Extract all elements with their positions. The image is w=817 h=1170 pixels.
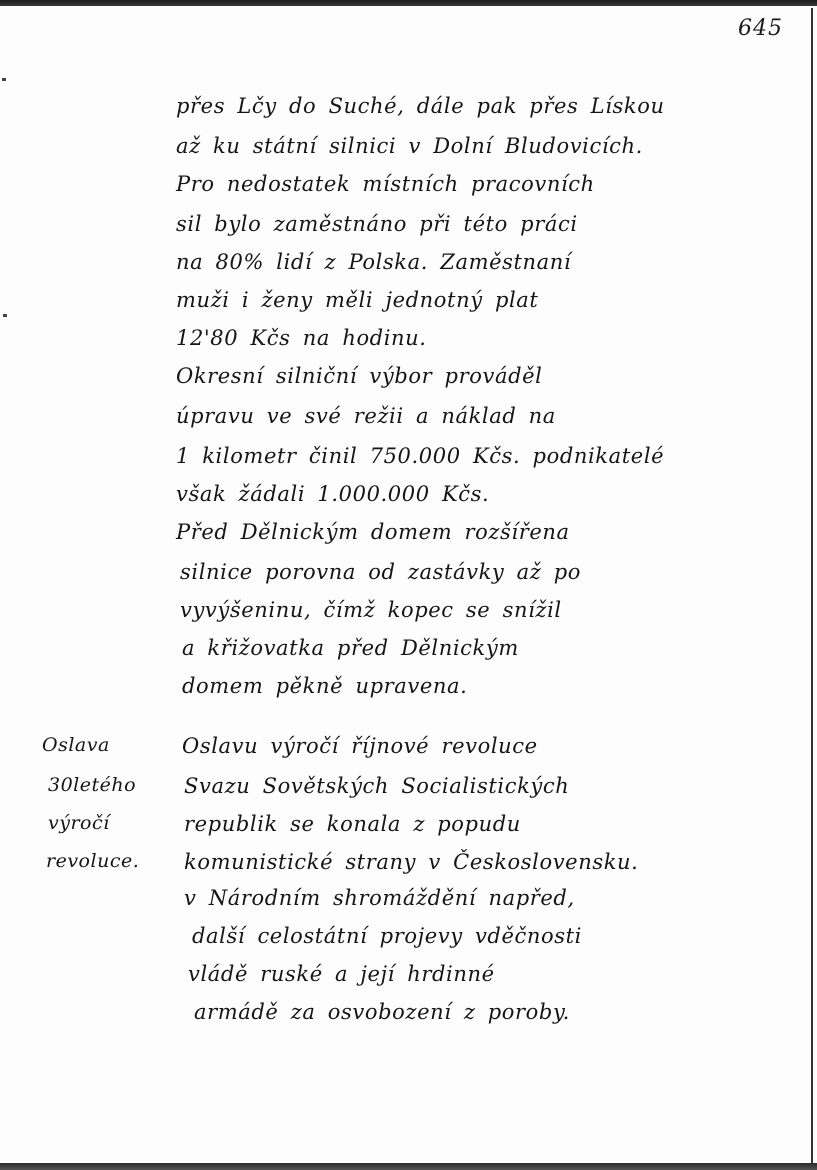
text-line: komunistické strany v Československu. — [184, 850, 638, 874]
text-line: na 80% lidí z Polska. Zaměstnaní — [176, 250, 571, 274]
margin-note-line: výročí — [48, 812, 110, 834]
page-number: 645 — [738, 16, 783, 41]
text-line: silnice porovna od zastávky až po — [180, 560, 581, 584]
text-line: armádě za osvobození z poroby. — [194, 1000, 570, 1024]
margin-speck — [3, 314, 7, 317]
text-line: vládě ruské a její hrdinné — [188, 962, 495, 986]
margin-note-line: 30letého — [48, 774, 136, 796]
text-line: Pro nedostatek místních pracovních — [176, 172, 595, 196]
text-line: 12'80 Kčs na hodinu. — [176, 326, 427, 350]
text-line: úpravu ve své režii a náklad na — [176, 404, 556, 428]
text-line: republik se konala z popudu — [184, 812, 521, 836]
scan-top-edge — [0, 0, 817, 6]
text-line: Okresní silniční výbor prováděl — [176, 364, 542, 388]
text-line: sil bylo zaměstnáno při této práci — [176, 212, 578, 236]
margin-note-line: Oslava — [42, 734, 110, 756]
scanned-chronicle-page: 645 přes Lčy do Suché, dále pak přes Lís… — [0, 0, 817, 1170]
text-line: muži i ženy měli jednotný plat — [176, 288, 538, 312]
margin-speck — [2, 78, 6, 81]
text-line: však žádali 1.000.000 Kčs. — [176, 482, 489, 506]
text-line: Oslavu výročí říjnové revoluce — [182, 734, 538, 758]
text-line: vyvýšeninu, čímž kopec se snížil — [180, 598, 562, 622]
text-line: Před Dělnickým domem rozšířena — [176, 520, 570, 544]
scan-bottom-edge — [0, 1163, 817, 1170]
text-line: a křižovatka před Dělnickým — [182, 636, 519, 660]
text-line: Svazu Sovětských Socialistických — [184, 774, 569, 798]
text-line: 1 kilometr činil 750.000 Kčs. podnikatel… — [176, 444, 664, 468]
text-line: přes Lčy do Suché, dále pak přes Lískou — [176, 94, 665, 118]
text-line: až ku státní silnici v Dolní Bludovicích… — [176, 134, 643, 158]
text-line: další celostátní projevy vděčnosti — [192, 924, 582, 948]
text-line: v Národním shromáždění napřed, — [184, 886, 575, 910]
margin-note-line: revoluce. — [46, 850, 139, 872]
page-right-edge-rule — [811, 8, 813, 1163]
text-line: domem pěkně upravena. — [182, 674, 467, 698]
